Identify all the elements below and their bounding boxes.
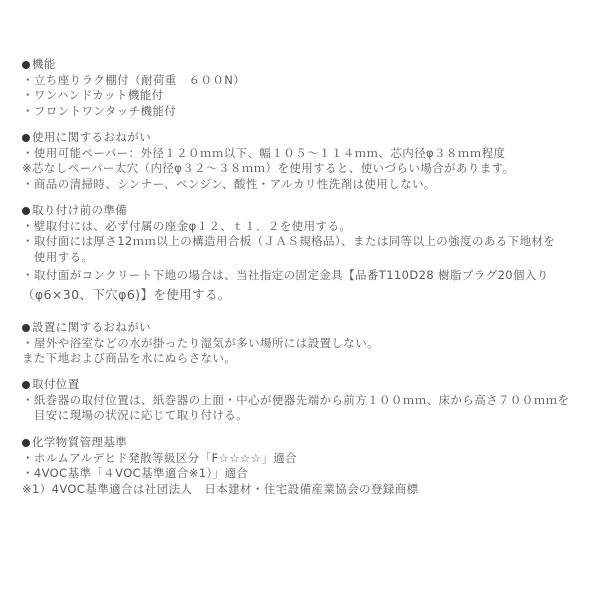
list-item: ・ワンハンドカット機能付	[22, 88, 592, 104]
heading-text: 取付位置	[32, 377, 80, 391]
list-item: ・フロントワンタッチ機能付	[22, 104, 592, 120]
section-features: 機能 ・立ち座りラク棚付（耐荷重 ６００N） ・ワンハンドカット機能付 ・フロン…	[22, 57, 592, 119]
heading-text: 使用に関するおねがい	[32, 130, 151, 144]
section-mounting-position: 取付位置 ・紙巻器の取付位置は、紙巻器の上面・中心が便器先端から前方１００ｍｍ、…	[22, 377, 592, 424]
section-heading: 化学物質管理基準	[22, 435, 592, 451]
bullet-dot-icon	[22, 207, 30, 215]
section-usage-notes: 使用に関するおねがい ・使用可能ペーパー：外径１２０ｍｍ以下、幅１０５～１１４ｍ…	[22, 130, 592, 192]
list-item: 使用する。	[22, 250, 592, 266]
section-heading: 取り付け前の準備	[22, 203, 592, 219]
list-item: ・壁取付には、必ず付属の座金φ１２、ｔ１．２を使用する。	[22, 219, 592, 235]
list-item: ※芯なしペーパー太穴（内径φ３２～３８ｍｍ）を使用すると、使いづらい場合がありま…	[22, 161, 592, 177]
section-heading: 取付位置	[22, 377, 592, 393]
bullet-dot-icon	[22, 61, 30, 69]
list-item: （φ6×30、下穴φ6)】を使用する。	[22, 287, 592, 303]
list-item: ・使用可能ペーパー：外径１２０ｍｍ以下、幅１０５～１１４ｍｍ、芯内径φ３８ｍｍ程…	[22, 146, 592, 162]
section-heading: 設置に関するおねがい	[22, 320, 592, 336]
heading-text: 取り付け前の準備	[32, 203, 127, 217]
list-item: また下地および商品を水にぬらさない。	[22, 351, 592, 367]
list-item: ・取付面がコンクリート下地の場合は、当社指定の固定金具【品番T110D28 樹脂…	[22, 268, 592, 284]
section-heading: 使用に関するおねがい	[22, 130, 592, 146]
bullet-dot-icon	[22, 439, 30, 447]
section-installation-notes: 設置に関するおねがい ・屋外や浴室などの水が掛ったり湿気が多い場所には設置しない…	[22, 320, 592, 367]
heading-text: 機能	[32, 57, 56, 71]
list-item: ・立ち座りラク棚付（耐荷重 ６００N）	[22, 73, 592, 89]
list-item: ・4VOC基準「４VOC基準適合※1）」適合	[22, 466, 592, 482]
bullet-dot-icon	[22, 134, 30, 142]
heading-text: 設置に関するおねがい	[32, 320, 151, 334]
bullet-dot-icon	[22, 381, 30, 389]
list-item: ※1）4VOC基準適合は社団法人 日本建材・住宅設備産業協会の登録商標	[22, 482, 592, 498]
section-chemical-standards: 化学物質管理基準 ・ホルムアルデヒド発散等級区分「F☆☆☆☆」適合 ・4VOC基…	[22, 435, 592, 497]
heading-text: 化学物質管理基準	[32, 435, 127, 449]
list-item: ・ホルムアルデヒド発散等級区分「F☆☆☆☆」適合	[22, 451, 592, 467]
section-heading: 機能	[22, 57, 592, 73]
section-preparation: 取り付け前の準備 ・壁取付には、必ず付属の座金φ１２、ｔ１．２を使用する。 ・取…	[22, 203, 592, 302]
list-item: ・紙巻器の取付位置は、紙巻器の上面・中心が便器先端から前方１００ｍｍ、床から高さ…	[22, 393, 592, 409]
list-item: ・商品の清掃時、シンナー、ベンジン、酸性・アルカリ性洗剤は使用しない。	[22, 177, 592, 193]
list-item: ・取付面には厚さ12ｍｍ以上の構造用合板（ＪＡＳ規格品）、または同等以上の強度の…	[22, 234, 592, 250]
list-item: 目安に現場の状況に応じて取り付ける。	[22, 408, 592, 424]
list-item: ・屋外や浴室などの水が掛ったり湿気が多い場所には設置しない。	[22, 336, 592, 352]
bullet-dot-icon	[22, 324, 30, 332]
